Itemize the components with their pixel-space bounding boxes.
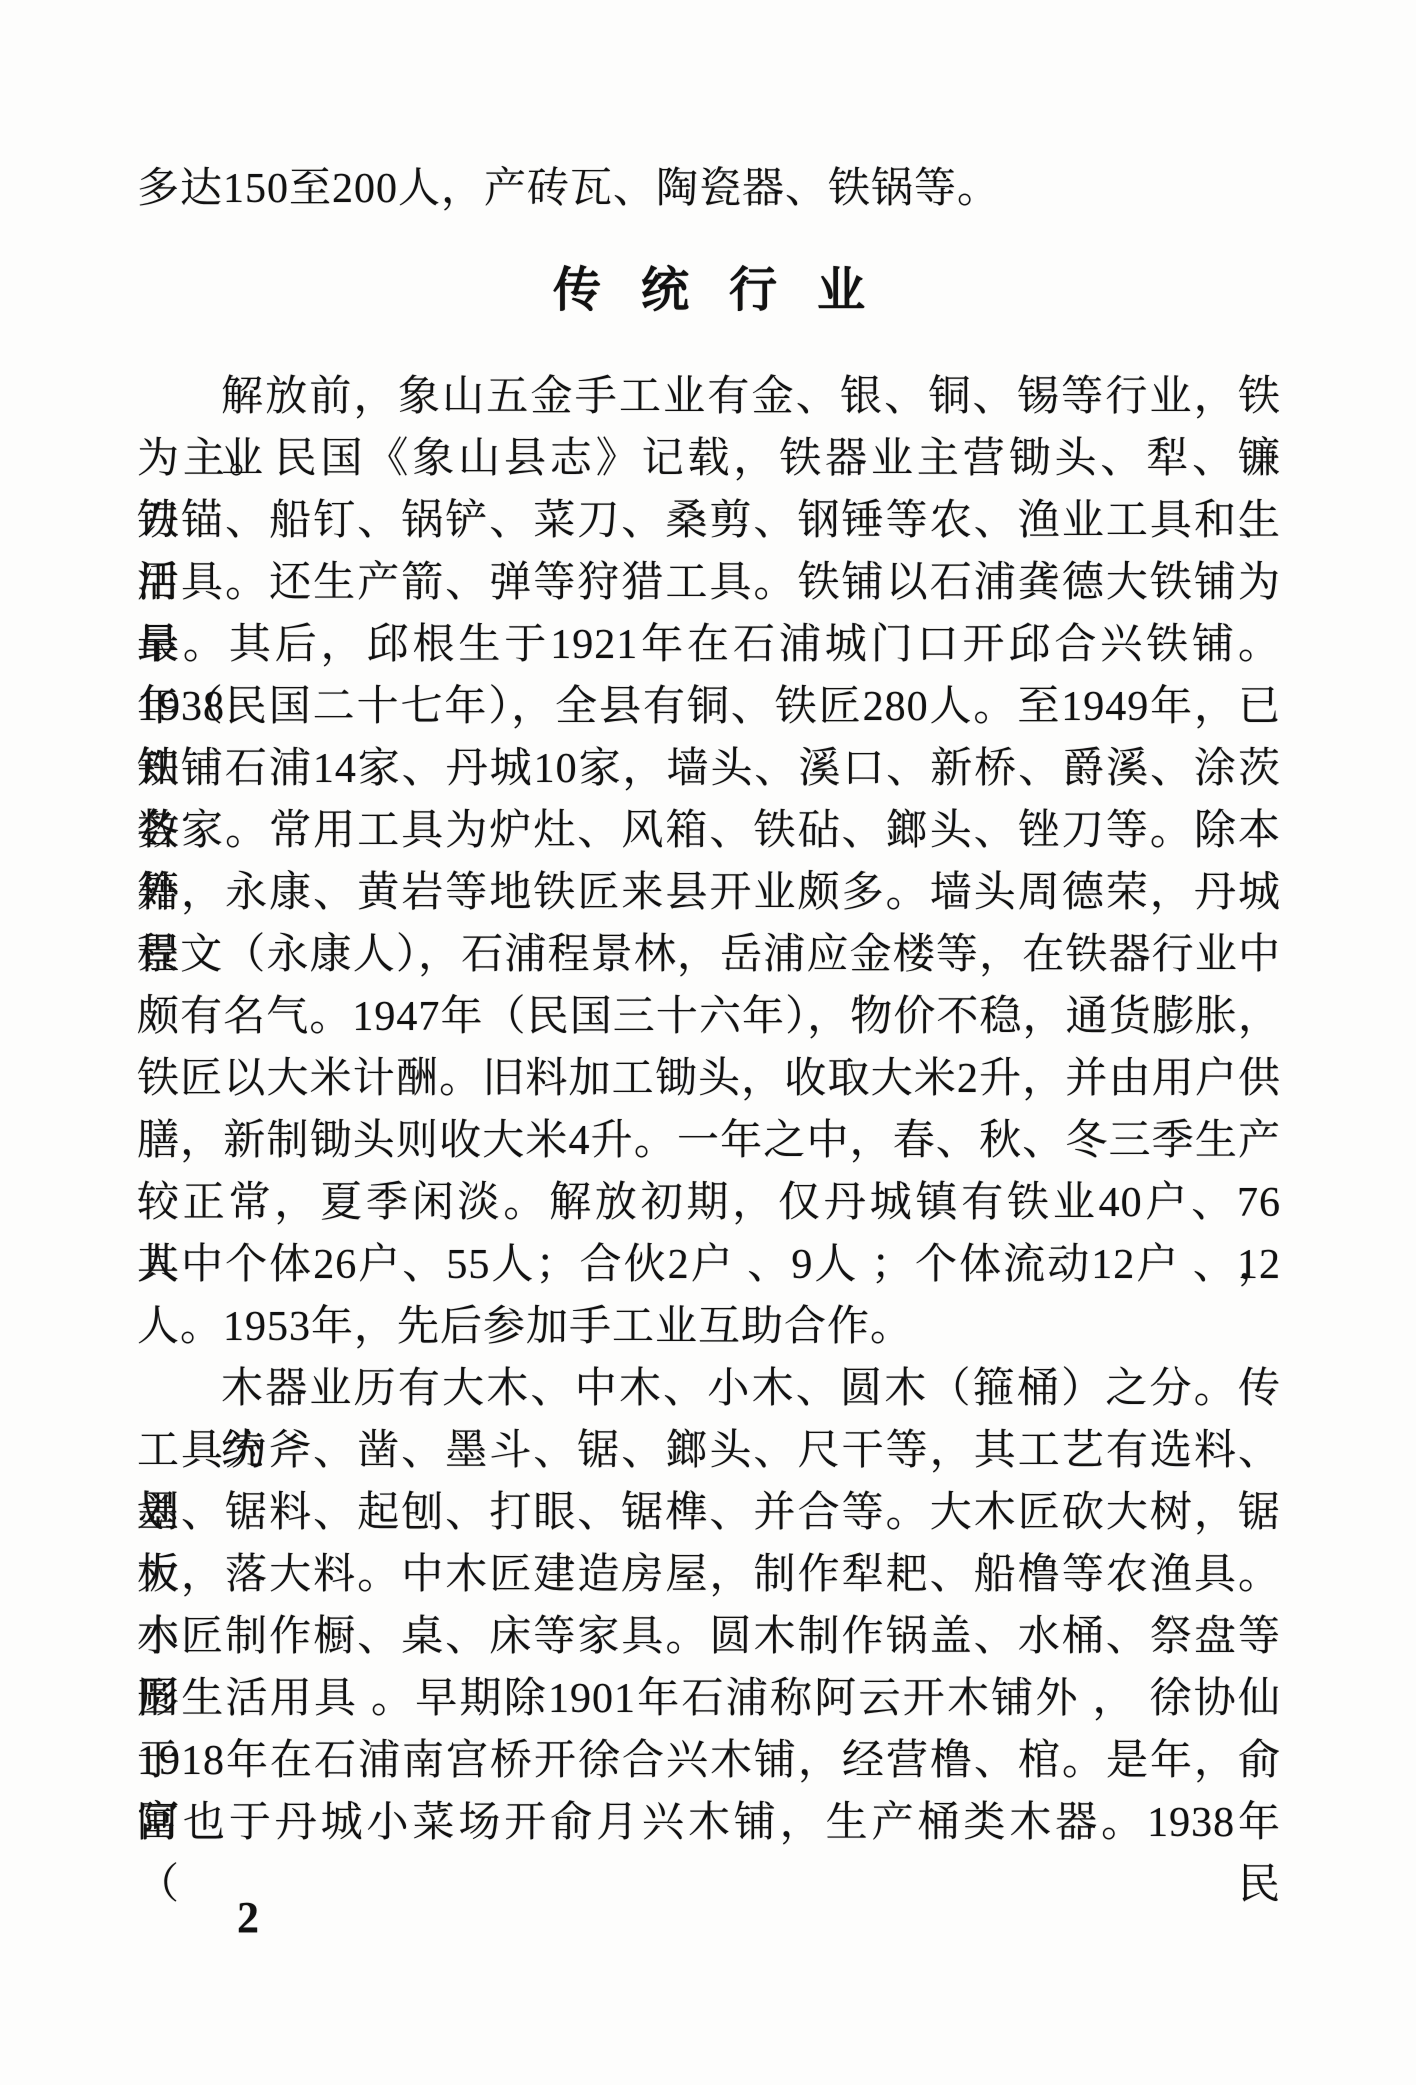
text-line: 铁铺石浦14家、丹城10家，墙头、溪口、新桥、爵溪、涂茨各 (137, 738, 1281, 800)
text-line: 工具为斧、凿、墨斗、锯、鎯头、尺干等，其工艺有选料、划 (137, 1420, 1281, 1482)
text-line: 外，永康、黄岩等地铁匠来县开业颇多。墙头周德荣，丹城程 (137, 862, 1281, 924)
text-line: 铁匠以大米计酬。旧料加工锄头，收取大米2升，并由用户供 (137, 1048, 1281, 1110)
text-line: 膳，新制锄头则收大米4升。一年之中，春、秋、冬三季生产 (137, 1110, 1281, 1172)
text-line: 用具。还生产箭、弹等狩猎工具。铁铺以石浦龚德大铁铺为最 (137, 552, 1281, 614)
scanned-book-page: 多达150至200人，产砖瓦、陶瓷器、铁锅等。 传统行业 解放前，象山五金手工业… (0, 0, 1416, 2085)
text-line: 较正常，夏季闲淡。解放初期，仅丹城镇有铁业40户、76人， (137, 1172, 1281, 1234)
text-line: 解放前，象山五金手工业有金、银、铜、锡等行业，铁业 (137, 366, 1281, 428)
section-heading: 传统行业 (137, 260, 1281, 322)
text-line: 早。其后，邱根生于1921年在石浦城门口开邱合兴铁铺。1938 (137, 614, 1281, 676)
paragraph-iron-smithing: 解放前，象山五金手工业有金、银、铜、锡等行业，铁业 为主。民国《象山县志》记载，… (137, 366, 1281, 1358)
text-line: 木器业历有大木、中木、小木、圆木（箍桶）之分。传统 (137, 1358, 1281, 1420)
text-line: 板，落大料。中木匠建造房屋，制作犁耙、船橹等农渔具。小 (137, 1544, 1281, 1606)
text-line: 年（民国二十七年），全县有铜、铁匠280人。至1949年，已知 (137, 676, 1281, 738)
text-line: 铁锚、船钉、锅铲、菜刀、桑剪、钢锤等农、渔业工具和生活 (137, 490, 1281, 552)
text-line: 为主。民国《象山县志》记载，铁器业主营锄头、犁、镰刀、 (137, 428, 1281, 490)
text-line: 人。1953年，先后参加手工业互助合作。 (137, 1296, 1281, 1358)
text-line: 1918年在石浦南宫桥开徐合兴木铺，经营橹、棺。是年，俞阿 (137, 1730, 1281, 1792)
text-line: 数家。常用工具为炉灶、风箱、铁砧、鎯头、锉刀等。除本籍 (137, 800, 1281, 862)
text-line: 形生活用具 。早期除1901年石浦称阿云开木铺外 ， 徐协仙于 (137, 1668, 1281, 1730)
paragraph-woodworking: 木器业历有大木、中木、小木、圆木（箍桶）之分。传统 工具为斧、凿、墨斗、锯、鎯头… (137, 1358, 1281, 1854)
text-line: 其中个体26户、55人；合伙2户 、9人 ；个体流动12户 、12 (137, 1234, 1281, 1296)
text-line: 木匠制作橱、桌、床等家具。圆木制作锅盖、水桶、祭盘等圆 (137, 1606, 1281, 1668)
continuation-line: 多达150至200人，产砖瓦、陶瓷器、铁锅等。 (137, 158, 1281, 220)
text-line: 颇有名气。1947年（民国三十六年），物价不稳，通货膨胀， (137, 986, 1281, 1048)
text-line: 墨、锯料、起刨、打眼、锯榫、并合等。大木匠砍大树，锯大 (137, 1482, 1281, 1544)
text-line: 富也于丹城小菜场开俞月兴木铺，生产桶类木器。1938年（民 (137, 1792, 1281, 1854)
text-line: 景文（永康人），石浦程景林，岳浦应金楼等，在铁器行业中 (137, 924, 1281, 986)
